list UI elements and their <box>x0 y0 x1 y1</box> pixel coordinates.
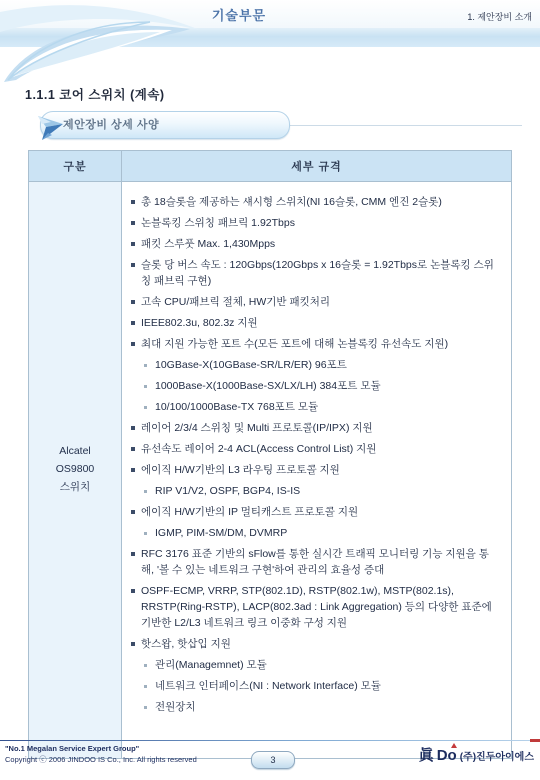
spec-text: 네트워크 인터페이스(NI : Network Interface) 모듈 <box>155 680 381 692</box>
column-header-spec: 세부 규격 <box>122 151 512 182</box>
bullet-icon <box>131 263 135 267</box>
spec-text: 10/100/1000Base-TX 768포트 모듈 <box>155 401 318 413</box>
company-logo: 眞 Do (주)진두아이에스 <box>419 748 534 764</box>
bullet-icon <box>131 200 135 204</box>
bullet-icon <box>131 321 135 325</box>
spec-table-header-row: 구분 세부 규격 <box>29 151 512 182</box>
logo-hanja-character: 眞 <box>419 749 434 764</box>
spec-item: 10GBase-X(10GBase-SR/LR/ER) 96포트 <box>131 357 501 373</box>
bullet-icon <box>131 426 135 430</box>
spec-table-body-row: Alcatel OS9800 스위치 총 18슬롯을 제공하는 섀시형 스위치(… <box>29 182 512 759</box>
spec-text: 고속 CPU/패브릭 절체, HW기반 패킷처리 <box>141 296 330 308</box>
bullet-icon <box>144 385 147 388</box>
spec-item: 논블록킹 스위칭 패브릭 1.92Tbps <box>131 215 501 231</box>
spec-item: RIP V1/V2, OSPF, BGP4, IS-IS <box>131 483 501 499</box>
spec-item: 총 18슬롯을 제공하는 섀시형 스위치(NI 16슬롯, CMM 엔진 2슬롯… <box>131 194 501 210</box>
spec-table: 구분 세부 규격 Alcatel OS9800 스위치 총 18슬롯을 제공하는… <box>28 150 512 759</box>
bullet-icon <box>131 552 135 556</box>
logo-accent-icon <box>451 743 457 748</box>
bullet-icon <box>144 685 147 688</box>
spec-text: 핫스왑, 핫삽입 지원 <box>141 638 231 650</box>
banner-pill: 제안장비 상세 사양 <box>40 111 290 139</box>
equipment-label-line: OS9800 <box>30 461 120 479</box>
banner-label: 제안장비 상세 사양 <box>41 112 289 138</box>
bullet-icon <box>144 664 147 667</box>
breadcrumb: 1. 제안장비 소개 <box>467 10 532 23</box>
spec-item: RFC 3176 표준 기반의 sFlow를 통한 실시간 트래픽 모니터링 기… <box>131 546 501 578</box>
logo-company-name: (주)진두아이에스 <box>460 748 534 763</box>
spec-item: 패킷 스루풋 Max. 1,430Mpps <box>131 236 501 252</box>
bullet-icon <box>144 364 147 367</box>
spec-text: 10GBase-X(10GBase-SR/LR/ER) 96포트 <box>155 359 347 371</box>
spec-text: 논블록킹 스위칭 패브릭 1.92Tbps <box>141 217 295 229</box>
bullet-icon <box>144 406 147 409</box>
bullet-icon <box>131 642 135 646</box>
bullet-icon <box>131 589 135 593</box>
paper-plane-icon <box>35 109 67 145</box>
spec-text: 슬롯 당 버스 속도 : 120Gbps(120Gbps x 16슬롯 = 1.… <box>141 259 494 287</box>
spec-text: 총 18슬롯을 제공하는 섀시형 스위치(NI 16슬롯, CMM 엔진 2슬롯… <box>141 196 442 208</box>
equipment-label-line: 스위치 <box>30 479 120 497</box>
spec-item: 슬롯 당 버스 속도 : 120Gbps(120Gbps x 16슬롯 = 1.… <box>131 257 501 289</box>
page-number-badge: 3 <box>251 751 295 769</box>
spec-item: 1000Base-X(1000Base-SX/LX/LH) 384포트 모듈 <box>131 378 501 394</box>
spec-item: 관리(Managemnet) 모듈 <box>131 657 501 673</box>
equipment-label-line: Alcatel <box>30 443 120 461</box>
page-title: 기술부문 <box>0 5 478 24</box>
section-title: 1.1.1 코어 스위치 (계속) <box>25 85 165 103</box>
spec-item: IEEE802.3u, 802.3z 지원 <box>131 315 501 331</box>
footer-divider-accent <box>530 739 540 742</box>
spec-text: 1000Base-X(1000Base-SX/LX/LH) 384포트 모듈 <box>155 380 381 392</box>
spec-item: OSPF-ECMP, VRRP, STP(802.1D), RSTP(802.1… <box>131 583 501 631</box>
bullet-icon <box>131 468 135 472</box>
footer-credits: "No.1 Megalan Service Expert Group" Copy… <box>5 744 197 765</box>
bullet-icon <box>144 532 147 535</box>
spec-text: RFC 3176 표준 기반의 sFlow를 통한 실시간 트래픽 모니터링 기… <box>141 548 489 576</box>
footer-copyright: Copyright ⓒ 2006 JINDOO IS Co., Inc. All… <box>5 755 197 766</box>
spec-item: 10/100/1000Base-TX 768포트 모듈 <box>131 399 501 415</box>
footer-divider-line <box>0 740 540 741</box>
spec-text: IEEE802.3u, 802.3z 지원 <box>141 317 258 329</box>
equipment-label-cell: Alcatel OS9800 스위치 <box>29 182 122 759</box>
spec-item: 네트워크 인터페이스(NI : Network Interface) 모듈 <box>131 678 501 694</box>
spec-text: OSPF-ECMP, VRRP, STP(802.1D), RSTP(802.1… <box>141 585 492 629</box>
spec-text: IGMP, PIM-SM/DM, DVMRP <box>155 527 287 539</box>
spec-list: 총 18슬롯을 제공하는 섀시형 스위치(NI 16슬롯, CMM 엔진 2슬롯… <box>131 194 501 715</box>
spec-text: 전원장치 <box>155 701 196 713</box>
spec-text: 관리(Managemnet) 모듈 <box>155 659 267 671</box>
bullet-icon <box>144 490 147 493</box>
spec-list-cell: 총 18슬롯을 제공하는 섀시형 스위치(NI 16슬롯, CMM 엔진 2슬롯… <box>122 182 512 759</box>
logo-latin-label: Do <box>437 747 457 764</box>
spec-text: 유선속도 레이어 2-4 ACL(Access Control List) 지원 <box>141 443 376 455</box>
spec-item: IGMP, PIM-SM/DM, DVMRP <box>131 525 501 541</box>
bullet-icon <box>131 221 135 225</box>
column-header-category: 구분 <box>29 151 122 182</box>
bullet-icon <box>131 342 135 346</box>
spec-item: 에이직 H/W기반의 IP 멀티캐스트 프로토콜 지원 <box>131 504 501 520</box>
spec-text: 에이직 H/W기반의 L3 라우팅 프로토콜 지원 <box>141 464 340 476</box>
spec-text: 레이어 2/3/4 스위칭 및 Multi 프로토콜(IP/IPX) 지원 <box>141 422 373 434</box>
spec-item: 전원장치 <box>131 699 501 715</box>
bullet-icon <box>131 447 135 451</box>
section-banner: 제안장비 상세 사양 <box>16 110 524 140</box>
bullet-icon <box>131 510 135 514</box>
spec-item: 최대 지원 가능한 포트 수(모든 포트에 대해 논블록킹 유선속도 지원) <box>131 336 501 352</box>
spec-text: RIP V1/V2, OSPF, BGP4, IS-IS <box>155 485 300 497</box>
logo-latin-text: Do <box>437 748 457 763</box>
spec-item: 고속 CPU/패브릭 절체, HW기반 패킷처리 <box>131 294 501 310</box>
spec-item: 에이직 H/W기반의 L3 라우팅 프로토콜 지원 <box>131 462 501 478</box>
spec-text: 최대 지원 가능한 포트 수(모든 포트에 대해 논블록킹 유선속도 지원) <box>141 338 448 350</box>
bullet-icon <box>144 706 147 709</box>
bullet-icon <box>131 242 135 246</box>
spec-item: 레이어 2/3/4 스위칭 및 Multi 프로토콜(IP/IPX) 지원 <box>131 420 501 436</box>
footer-slogan: "No.1 Megalan Service Expert Group" <box>5 744 197 755</box>
spec-item: 핫스왑, 핫삽입 지원 <box>131 636 501 652</box>
spec-text: 패킷 스루풋 Max. 1,430Mpps <box>141 238 275 250</box>
header-band <box>0 28 540 47</box>
spec-item: 유선속도 레이어 2-4 ACL(Access Control List) 지원 <box>131 441 501 457</box>
spec-text: 에이직 H/W기반의 IP 멀티캐스트 프로토콜 지원 <box>141 506 358 518</box>
bullet-icon <box>131 300 135 304</box>
